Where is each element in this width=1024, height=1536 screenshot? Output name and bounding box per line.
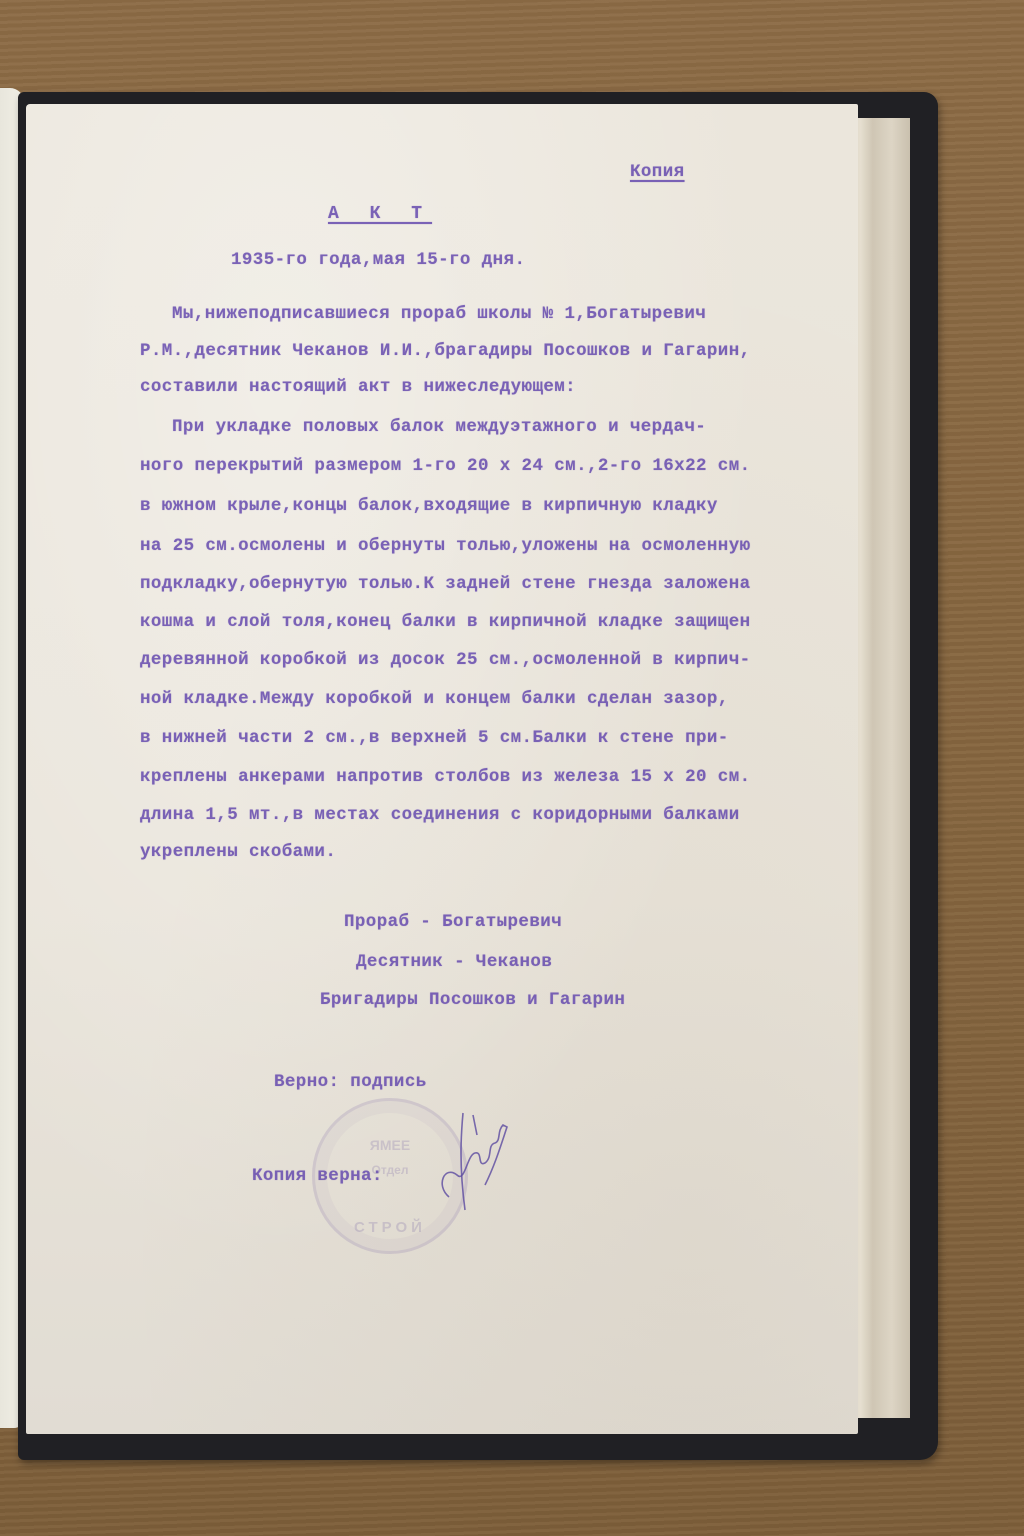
document-title: А К Т	[328, 204, 432, 224]
body-line: подкладку,обернутую толью.К задней стене…	[140, 574, 751, 594]
body-line: составили настоящий акт в нижеследующем:	[140, 377, 576, 397]
body-line: деревянной коробкой из досок 25 см.,осмо…	[140, 650, 751, 670]
body-line: При укладке половых балок междуэтажного …	[172, 417, 706, 437]
body-line: в нижней части 2 см.,в верхней 5 см.Балк…	[140, 728, 729, 748]
body-line: Мы,нижеподписавшиеся прораб школы № 1,Бо…	[172, 304, 706, 324]
body-line: ной кладке.Между коробкой и концем балки…	[140, 689, 729, 709]
date-line: 1935-го года,мая 15-го дня.	[231, 250, 525, 270]
body-line: кошма и слой толя,конец балки в кирпично…	[140, 612, 751, 632]
body-line: Р.М.,десятник Чеканов И.И.,брагадиры Пос…	[140, 341, 751, 361]
verified-line: Верно: подпись	[274, 1072, 427, 1092]
signatory-foreman: Прораб - Богатыревич	[344, 912, 562, 932]
body-line: в южном крыле,концы балок,входящие в кир…	[140, 496, 718, 516]
signatory-brigadiers: Бригадиры Посошков и Гагарин	[320, 990, 625, 1010]
copy-mark: Копия	[630, 162, 685, 182]
body-line: длина 1,5 мт.,в местах соединения с кори…	[140, 805, 740, 825]
body-line: укреплены скобами.	[140, 842, 336, 862]
body-line: ного перекрытий размером 1-го 20 х 24 см…	[140, 456, 751, 476]
body-line: креплены анкерами напротив столбов из же…	[140, 767, 751, 787]
stamp-text: СТРОЙ	[315, 1219, 465, 1236]
signatory-overseer: Десятник - Чеканов	[356, 952, 552, 972]
body-line: на 25 см.осмолены и обернуты толью,уложе…	[140, 536, 751, 556]
handwritten-signature	[405, 1105, 525, 1215]
